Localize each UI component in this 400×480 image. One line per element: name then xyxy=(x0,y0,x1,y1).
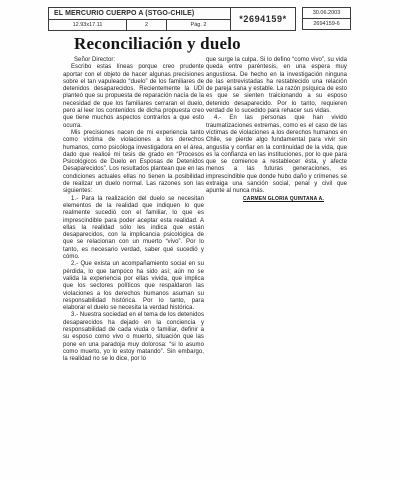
letter-salutation: Señor Director: xyxy=(63,57,204,64)
scanned-newspaper-clipping: EL MERCURIO CUERPO A (STGO-CHILE) 12.93x… xyxy=(0,0,400,480)
article-left-column: Señor Director: Escribo estas líneas por… xyxy=(63,57,204,363)
column-count-cell: 2 xyxy=(127,20,167,30)
clip-reference-number: 2694159-6 xyxy=(303,19,350,29)
paragraph: Escribo estas líneas porque creo prudent… xyxy=(63,64,204,130)
clipping-metadata-header: EL MERCURIO CUERPO A (STGO-CHILE) 12.93x… xyxy=(48,7,351,31)
page-number-cell: Pág. 2 xyxy=(167,20,230,30)
clip-date: 30.06.2003 xyxy=(303,8,350,19)
article-title: Reconciliación y duelo xyxy=(74,34,241,54)
clip-size-cell: 12.93x17.11 xyxy=(49,20,127,30)
paragraph: Mis precisiones nacen de mi experiencia … xyxy=(63,130,204,196)
paragraph: 2.- Que exista un acompañamiento social … xyxy=(63,261,204,312)
author-signature: CARMEN GLORIA QUINTANA A. xyxy=(206,196,347,203)
article-right-column: que surge la culpa. Si lo defino “como v… xyxy=(206,57,347,203)
date-reference-box: 30.06.2003 2694159-6 xyxy=(302,7,351,30)
barcode-number-cell: *2694159* xyxy=(231,7,296,31)
publication-meta-table: EL MERCURIO CUERPO A (STGO-CHILE) 12.93x… xyxy=(48,7,231,31)
publication-meta-row: 12.93x17.11 2 Pág. 2 xyxy=(49,20,230,30)
paragraph: 4.- En las personas que han vivido traum… xyxy=(206,115,347,195)
paragraph: 1.- Para la realización del duelo se nec… xyxy=(63,196,204,262)
publication-name: EL MERCURIO CUERPO A (STGO-CHILE) xyxy=(49,8,230,20)
paragraph: 3.- Nuestra sociedad en el tema de los d… xyxy=(63,312,204,363)
paragraph: que surge la culpa. Si lo defino “como v… xyxy=(206,57,347,115)
